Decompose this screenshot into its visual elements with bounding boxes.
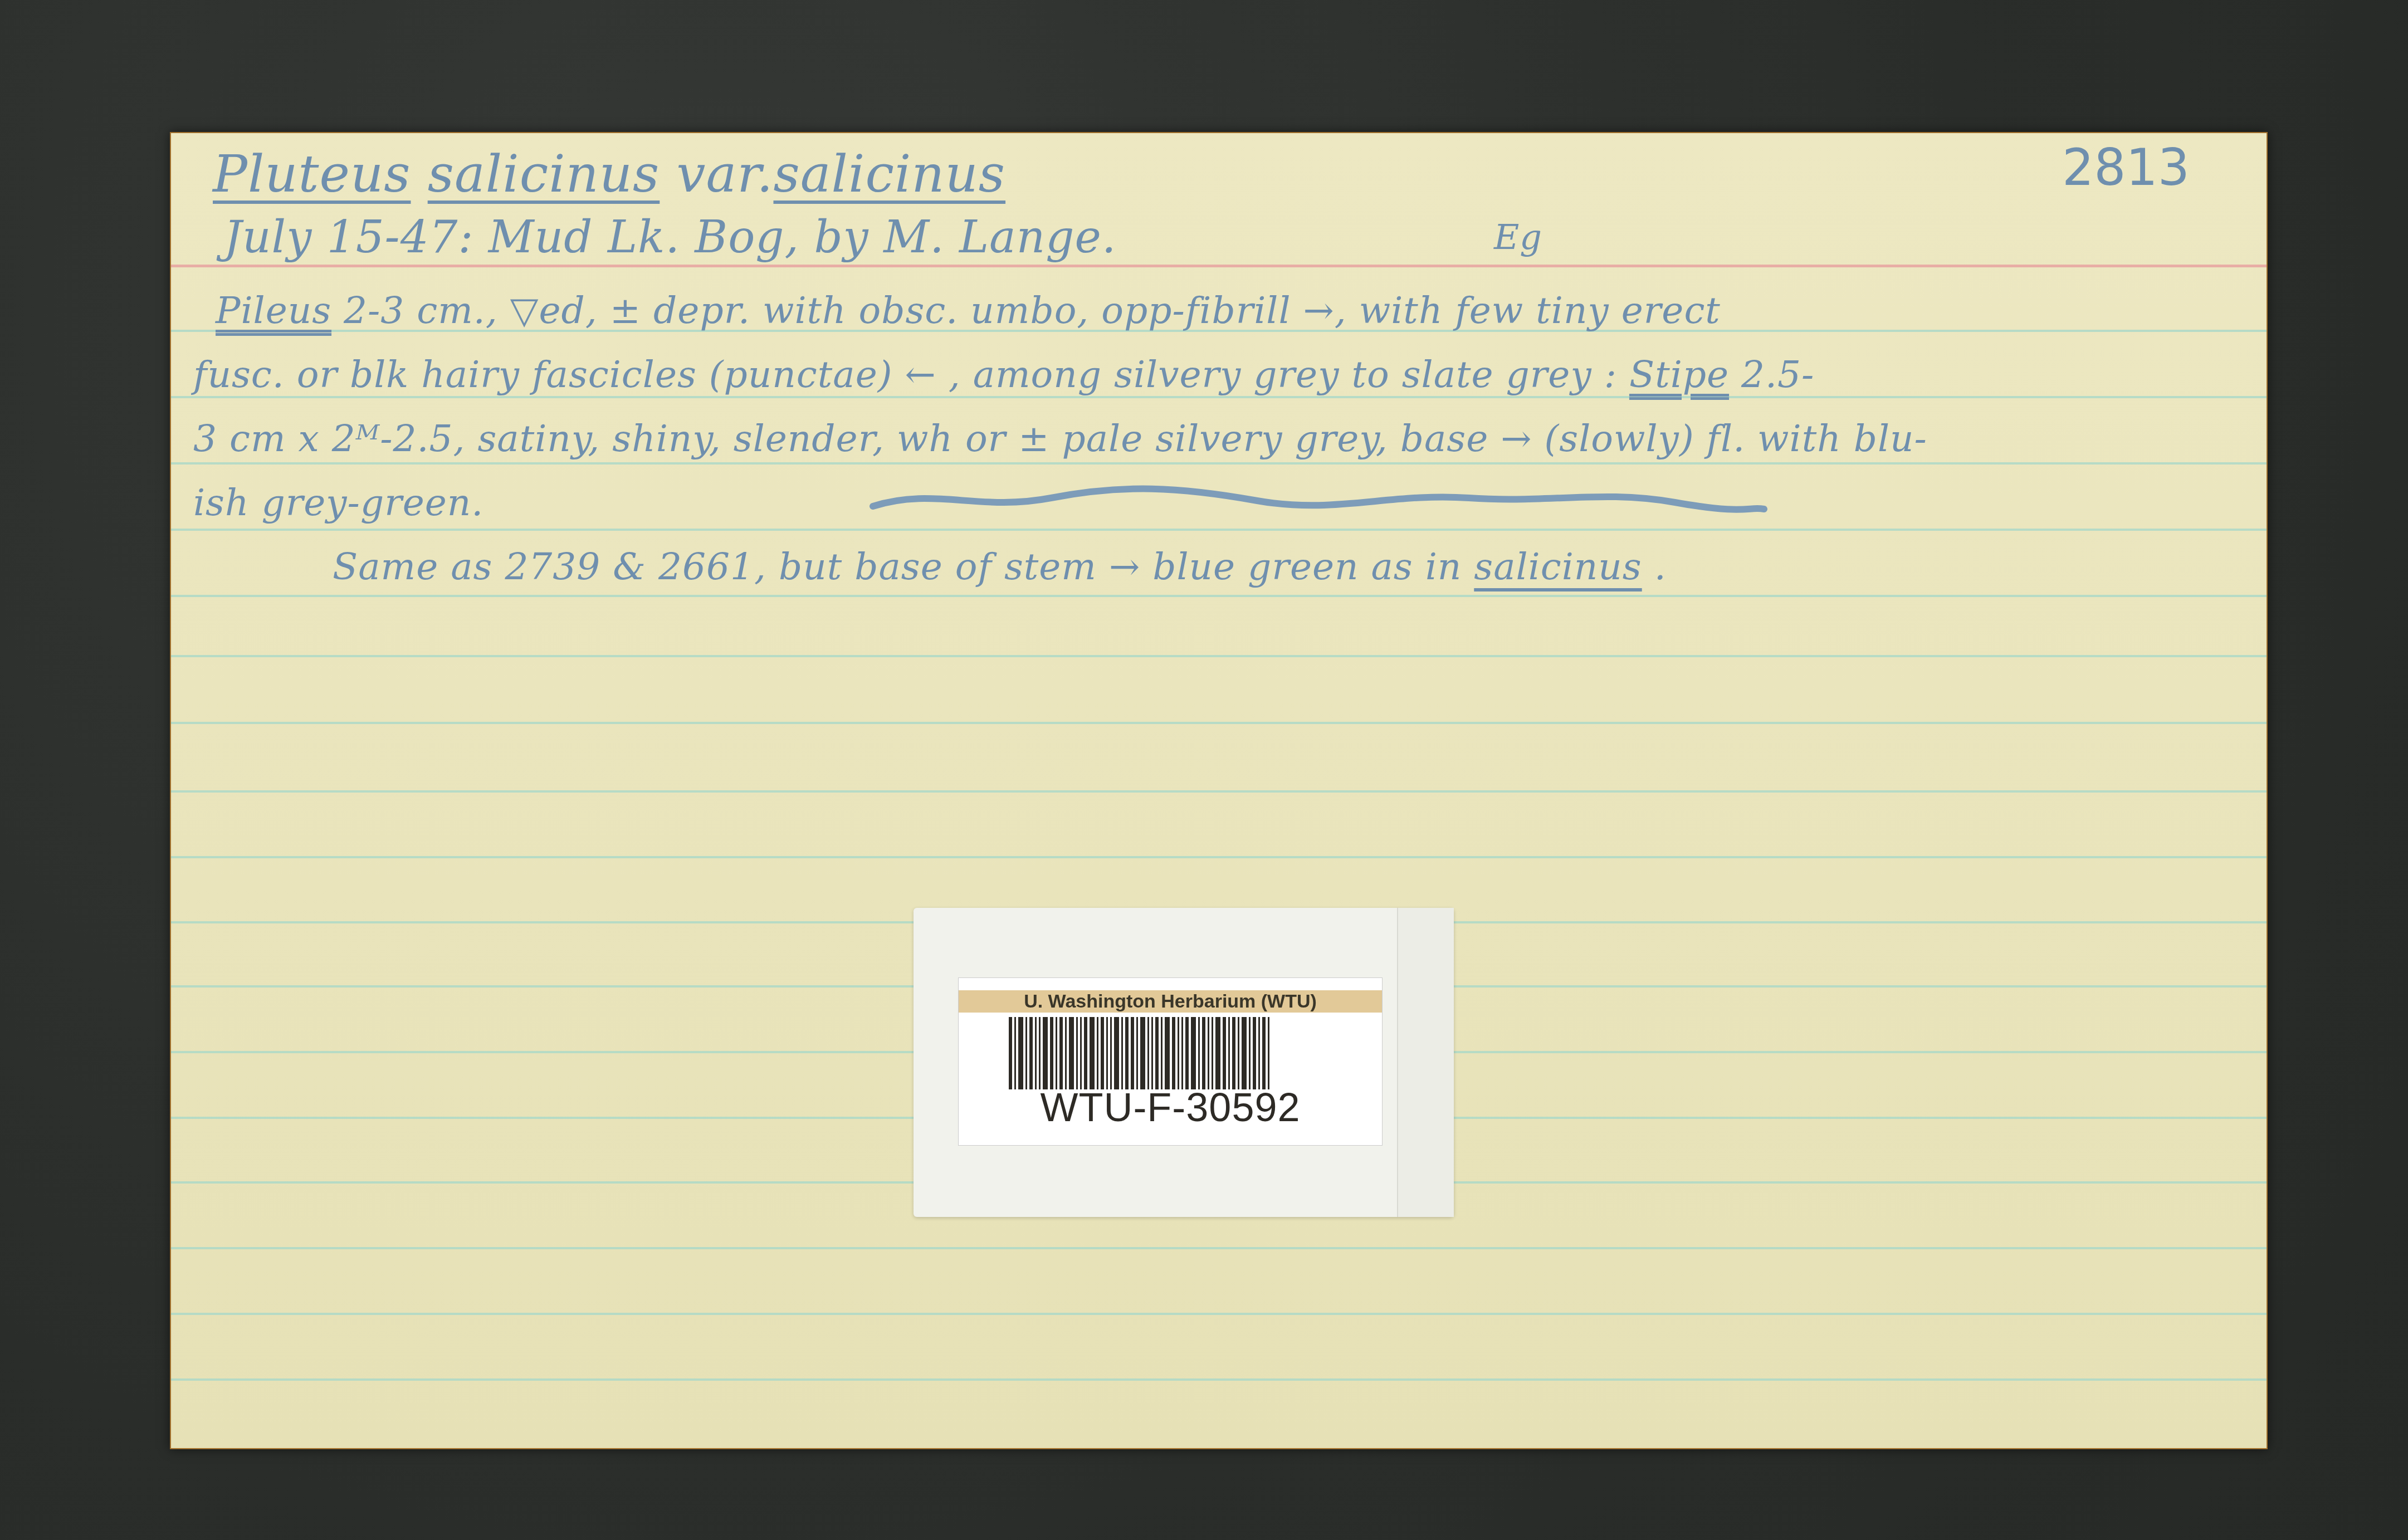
blue-rule bbox=[171, 655, 2267, 657]
blue-rule bbox=[171, 1313, 2267, 1315]
genus: Pluteus bbox=[213, 144, 411, 204]
blue-rule bbox=[171, 856, 2267, 858]
blue-rule bbox=[171, 462, 2267, 465]
description-line-3: 3 cm x 2ᴹ-2.5, satiny, shiny, slender, w… bbox=[193, 417, 1927, 460]
description-text: 2.5- bbox=[1729, 353, 1814, 396]
index-card: 2813 Pluteus salicinus var.salicinus Jul… bbox=[170, 132, 2268, 1449]
variety: salicinus bbox=[774, 144, 1006, 204]
pileus-label: Pileus bbox=[216, 289, 331, 332]
catalog-number: 2813 bbox=[2062, 139, 2190, 197]
collector-mark: Eg bbox=[1494, 217, 1542, 257]
description-text: 2-3 cm., ▽ed, ± depr. with obsc. umbo, o… bbox=[331, 289, 1721, 332]
note-end: . bbox=[1642, 545, 1667, 588]
blue-rule bbox=[171, 790, 2267, 793]
sticker-fold bbox=[1397, 908, 1454, 1217]
collection-line: July 15-47: Mud Lk. Bog, by M. Lange. bbox=[224, 211, 1116, 263]
institution-band: U. Washington Herbarium (WTU) bbox=[959, 990, 1382, 1013]
blue-rule bbox=[171, 595, 2267, 597]
blue-rule bbox=[171, 1378, 2267, 1381]
wavy-underline bbox=[867, 481, 1770, 515]
red-header-rule bbox=[171, 265, 2267, 267]
blue-rule bbox=[171, 396, 2267, 398]
specimen-id: WTU-F-30592 bbox=[959, 1085, 1382, 1131]
variety-prefix: var. bbox=[677, 144, 774, 204]
blue-rule bbox=[171, 722, 2267, 724]
description-line-4: ish grey-green. bbox=[193, 481, 483, 524]
note-line: Same as 2739 & 2661, but base of stem → … bbox=[333, 545, 1667, 588]
note-emphasis: salicinus bbox=[1474, 545, 1642, 588]
description-line-1: Pileus 2-3 cm., ▽ed, ± depr. with obsc. … bbox=[216, 289, 1721, 332]
taxon-title: Pluteus salicinus var.salicinus bbox=[213, 144, 1005, 204]
species: salicinus bbox=[428, 144, 660, 204]
description-text: fusc. or blk hairy fascicles (punctae) ←… bbox=[193, 353, 1629, 396]
description-line-2: fusc. or blk hairy fascicles (punctae) ←… bbox=[193, 353, 1814, 396]
blue-rule bbox=[171, 529, 2267, 531]
blue-rule bbox=[171, 1247, 2267, 1249]
barcode-icon bbox=[1009, 1017, 1335, 1089]
stipe-label: Stipe bbox=[1629, 353, 1729, 396]
barcode-label: U. Washington Herbarium (WTU) WTU-F-3059… bbox=[958, 977, 1383, 1146]
note-text: Same as 2739 & 2661, but base of stem → … bbox=[333, 545, 1474, 588]
